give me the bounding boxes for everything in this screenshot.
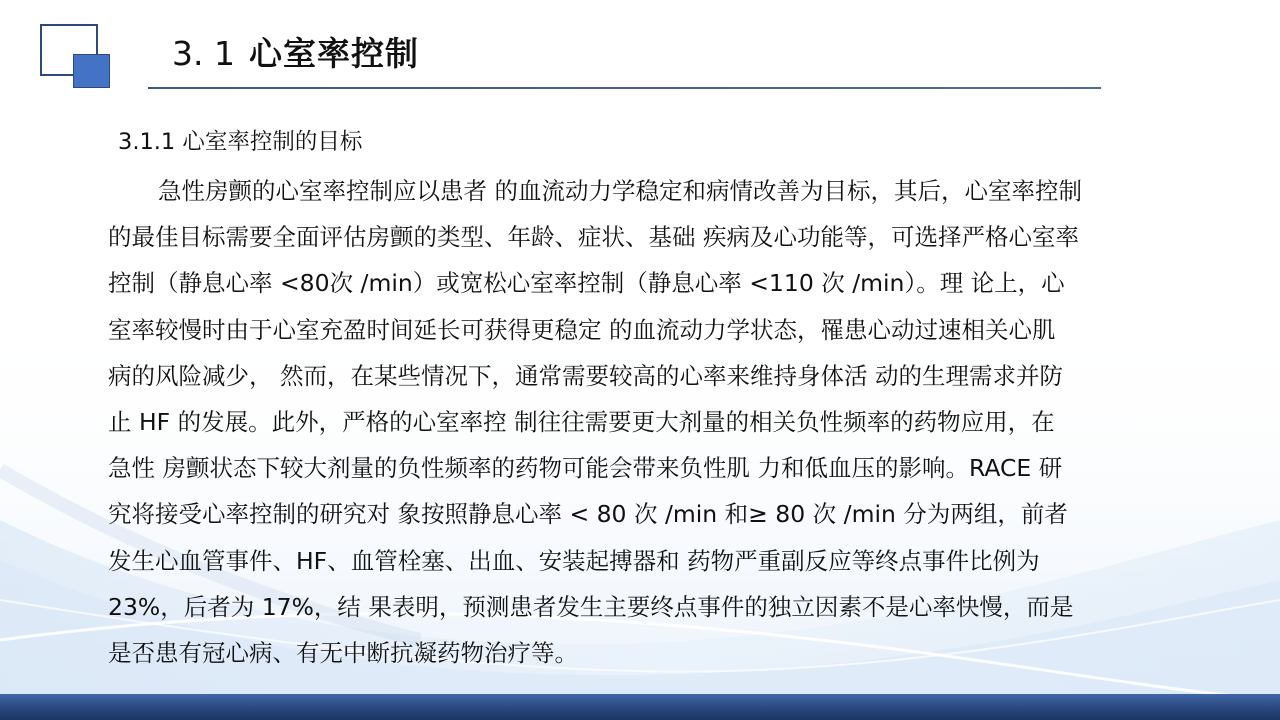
paragraph-line: 控制（静息心率 <80次 /min）或宽松心室率控制（静息心率 <110 次 /… <box>108 260 1228 306</box>
section-subheading: 3.1.1 心室率控制的目标 <box>118 124 362 156</box>
paragraph-line: 止 HF 的发展。此外，严格的心室率控 制往往需要更大剂量的相关负性频率的药物应… <box>108 399 1228 445</box>
corner-logo-squares <box>40 24 112 90</box>
page-title: 3. 1心室率控制 <box>172 28 419 75</box>
logo-filled-square <box>73 54 110 88</box>
paragraph-line: 室率较慢时由于心室充盈时间延长可获得更稳定 的血流动力学状态，罹患心动过速相关心… <box>108 307 1228 353</box>
paragraph-line: 的最佳目标需要全面评估房颤的类型、年龄、症状、基础 疾病及心功能等，可选择严格心… <box>108 214 1228 260</box>
body-paragraph: 急性房颤的心室率控制应以患者 的血流动力学稳定和病情改善为目标，其后，心室率控制… <box>108 168 1228 676</box>
title-divider <box>148 87 1101 89</box>
paragraph-line: 究将接受心率控制的研究对 象按照静息心率 < 80 次 /min 和≥ 80 次… <box>108 491 1228 537</box>
footer-bar <box>0 694 1280 720</box>
paragraph-line: 发生心血管事件、HF、血管栓塞、出血、安装起搏器和 药物严重副反应等终点事件比例… <box>108 538 1228 584</box>
paragraph-line: 急性 房颤状态下较大剂量的负性频率的药物可能会带来负性肌 力和低血压的影响。RA… <box>108 445 1228 491</box>
paragraph-line: 病的风险减少， 然而，在某些情况下，通常需要较高的心率来维持身体活 动的生理需求… <box>108 353 1228 399</box>
paragraph-line: 是否患有冠心病、有无中断抗凝药物治疗等。 <box>108 630 1228 676</box>
paragraph-line: 急性房颤的心室率控制应以患者 的血流动力学稳定和病情改善为目标，其后，心室率控制 <box>108 168 1228 214</box>
title-number: 3. 1 <box>172 34 235 73</box>
title-text: 心室率控制 <box>249 34 419 73</box>
paragraph-line: 23%，后者为 17%，结 果表明，预测患者发生主要终点事件的独立因素不是心率快… <box>108 584 1228 630</box>
